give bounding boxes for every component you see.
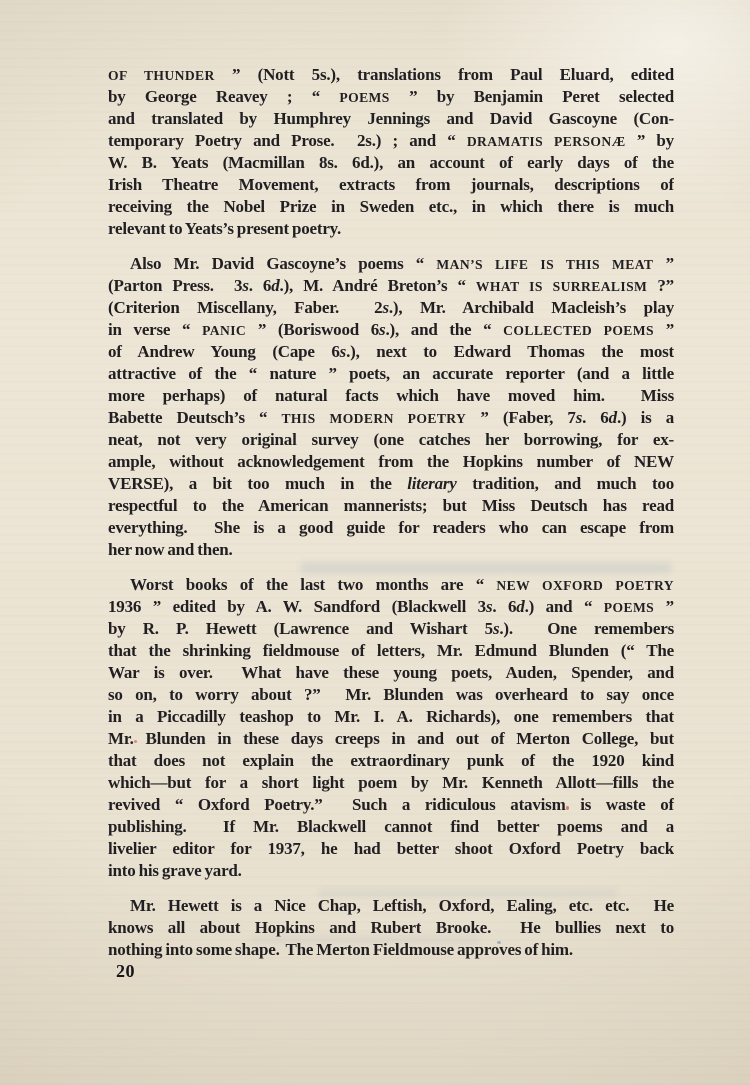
paragraph: Worst books of the last two months are “… [108,574,674,882]
text-run: relevant to Yeats’s present poetry. [108,219,341,238]
text-run-sc: POEMS [339,90,389,105]
text-line: Mr. Blunden in these days creeps in and … [108,728,674,750]
text-run-sc: DRAMATIS PERSONÆ [467,134,626,149]
text-line: receiving the Nobel Prize in Sweden etc.… [108,196,674,218]
text-run: ” [654,320,674,339]
text-line: Worst books of the last two months are “… [108,574,674,596]
text-block: OF THUNDER ” (Nott 5s.), translations fr… [108,64,674,961]
text-line: OF THUNDER ” (Nott 5s.), translations fr… [108,64,674,86]
text-run: Worst books of the last two months are “ [130,575,496,594]
text-run: .), Mr. Archibald Macleish’s play [389,298,674,317]
text-run: neat, not very original survey (one catc… [108,430,674,449]
text-run: .), M. André Breton’s “ [280,276,476,295]
text-run: temporary Poetry and Prose. 2s.) ; and “ [108,131,467,150]
text-run: so on, to worry about ?” Mr. Blunden was… [108,685,674,704]
text-run: (Parton Press. 3 [108,276,242,295]
text-run-sc: COLLECTED POEMS [503,323,654,338]
text-run: tradition, and much too [457,474,674,493]
text-run-sc: PANIC [202,323,246,338]
text-run-sc: WHAT IS SURREALISM [476,279,647,294]
text-run: ” by [626,131,674,150]
text-line: neat, not very original survey (one catc… [108,429,674,451]
text-line: that the shrinking fieldmouse of letters… [108,640,674,662]
text-run: nothing into some shape. The Merton Fiel… [108,940,573,959]
text-run: .). One remembers [499,619,674,638]
text-line: in a Piccadilly teashop to Mr. I. A. Ric… [108,706,674,728]
text-line: her now and then. [108,539,674,561]
text-run: (Criterion Miscellany, Faber. 2 [108,298,382,317]
text-line: relevant to Yeats’s present poetry. [108,218,674,240]
text-line: by George Reavey ; “ POEMS ” by Benjamin… [108,86,674,108]
text-run: of Andrew Young (Cape 6 [108,342,340,361]
text-run: and translated by Humphrey Jennings and … [108,109,674,128]
text-run-i: d [516,597,524,616]
text-run: her now and then. [108,540,233,559]
text-line: VERSE), a bit too much in the literary t… [108,473,674,495]
text-run: everything. She is a good guide for read… [108,518,674,537]
text-run: Also Mr. David Gascoyne’s poems “ [130,254,436,273]
text-run: in a Piccadilly teashop to Mr. I. A. Ric… [108,707,674,726]
text-run: receiving the Nobel Prize in Sweden etc.… [108,197,674,216]
text-run: respectful to the American mannerists; b… [108,496,674,515]
text-line: more perhaps) of natural facts which hav… [108,385,674,407]
text-line: so on, to worry about ?” Mr. Blunden was… [108,684,674,706]
text-run: .), and the “ [385,320,503,339]
text-line: ample, without acknowledgement from the … [108,451,674,473]
text-line: and translated by Humphrey Jennings and … [108,108,674,130]
text-run: that the shrinking fieldmouse of letters… [108,641,674,660]
text-line: attractive of the “ nature ” poets, an a… [108,363,674,385]
text-run: VERSE), a bit too much in the [108,474,407,493]
text-run: Mr. Blunden in these days creeps in and … [108,729,674,748]
text-line: revived “ Oxford Poetry.” Such a ridicul… [108,794,674,816]
text-run: which—but for a short light poem by Mr. … [108,773,674,792]
text-run: by R. P. Hewett (Lawrence and Wishart 5 [108,619,493,638]
text-line: respectful to the American mannerists; b… [108,495,674,517]
text-run: War is over. What have these young poets… [108,663,674,682]
text-run: . 6 [582,408,609,427]
text-run: . 6 [492,597,516,616]
text-run: Irish Theatre Movement, extracts from jo… [108,175,674,194]
text-line: temporary Poetry and Prose. 2s.) ; and “… [108,130,674,152]
text-line: Mr. Hewett is a Nice Chap, Leftish, Oxfo… [108,895,674,917]
text-run: ?” [647,276,674,295]
text-run-sc: POEMS [604,600,654,615]
text-run: that does not explain the extraordinary … [108,751,674,770]
text-line: Also Mr. David Gascoyne’s poems “ MAN’S … [108,253,674,275]
paragraph: OF THUNDER ” (Nott 5s.), translations fr… [108,64,674,240]
text-run: . 6 [249,276,271,295]
page-number: 20 [116,961,135,982]
text-run-i: d [271,276,279,295]
text-line: Irish Theatre Movement, extracts from jo… [108,174,674,196]
text-line: publishing. If Mr. Blackwell cannot find… [108,816,674,838]
text-run: .), next to Edward Thomas the most [346,342,674,361]
text-line: 1936 ” edited by A. W. Sandford (Blackwe… [108,596,674,618]
text-line: of Andrew Young (Cape 6s.), next to Edwa… [108,341,674,363]
text-line: which—but for a short light poem by Mr. … [108,772,674,794]
text-run: more perhaps) of natural facts which hav… [108,386,674,405]
text-line: nothing into some shape. The Merton Fiel… [108,939,674,961]
text-line: (Parton Press. 3s. 6d.), M. André Breton… [108,275,674,297]
text-run-i: d [609,408,617,427]
book-page: OF THUNDER ” (Nott 5s.), translations fr… [0,0,750,1085]
text-line: War is over. What have these young poets… [108,662,674,684]
text-run: .) is a [617,408,674,427]
paragraph: Mr. Hewett is a Nice Chap, Leftish, Oxfo… [108,895,674,961]
text-line: in verse “ PANIC ” (Boriswood 6s.), and … [108,319,674,341]
text-run: publishing. If Mr. Blackwell cannot find… [108,817,674,836]
text-run: knows all about Hopkins and Rubert Brook… [108,918,674,937]
paragraph: Also Mr. David Gascoyne’s poems “ MAN’S … [108,253,674,561]
text-run: ” (Boriswood 6 [246,320,379,339]
text-line: W. B. Yeats (Macmillan 8s. 6d.), an acco… [108,152,674,174]
text-run: ” [654,597,674,616]
text-run-sc: MAN’S LIFE IS THIS MEAT [436,257,653,272]
text-run-i: literary [407,474,456,493]
text-line: livelier editor for 1937, he had better … [108,838,674,860]
text-run: attractive of the “ nature ” poets, an a… [108,364,674,383]
text-run: ” (Faber, 7 [466,408,575,427]
text-run-sc: OF THUNDER [108,68,215,83]
text-run: ” (Nott 5s.), translations from Paul Elu… [215,65,674,84]
text-run: ” by Benjamin Peret selected [390,87,674,106]
text-line: everything. She is a good guide for read… [108,517,674,539]
text-run: Mr. Hewett is a Nice Chap, Leftish, Oxfo… [130,896,674,915]
text-run: by George Reavey ; “ [108,87,339,106]
text-run: ” [653,254,674,273]
text-run-sc: THIS MODERN POETRY [281,411,466,426]
text-run: ample, without acknowledgement from the … [108,452,674,471]
text-run: in verse “ [108,320,202,339]
text-line: knows all about Hopkins and Rubert Brook… [108,917,674,939]
text-line: Babette Deutsch’s “ THIS MODERN POETRY ”… [108,407,674,429]
text-run: livelier editor for 1937, he had better … [108,839,674,858]
text-run: 1936 ” edited by A. W. Sandford (Blackwe… [108,597,486,616]
text-line: into his grave yard. [108,860,674,882]
text-line: that does not explain the extraordinary … [108,750,674,772]
text-run: Babette Deutsch’s “ [108,408,281,427]
text-run: W. B. Yeats (Macmillan 8s. 6d.), an acco… [108,153,674,172]
text-run: .) and “ [525,597,604,616]
text-run-sc: NEW OXFORD POETRY [496,578,674,593]
text-line: (Criterion Miscellany, Faber. 2s.), Mr. … [108,297,674,319]
text-run: revived “ Oxford Poetry.” Such a ridicul… [108,795,674,814]
text-line: by R. P. Hewett (Lawrence and Wishart 5s… [108,618,674,640]
text-run: into his grave yard. [108,861,242,880]
